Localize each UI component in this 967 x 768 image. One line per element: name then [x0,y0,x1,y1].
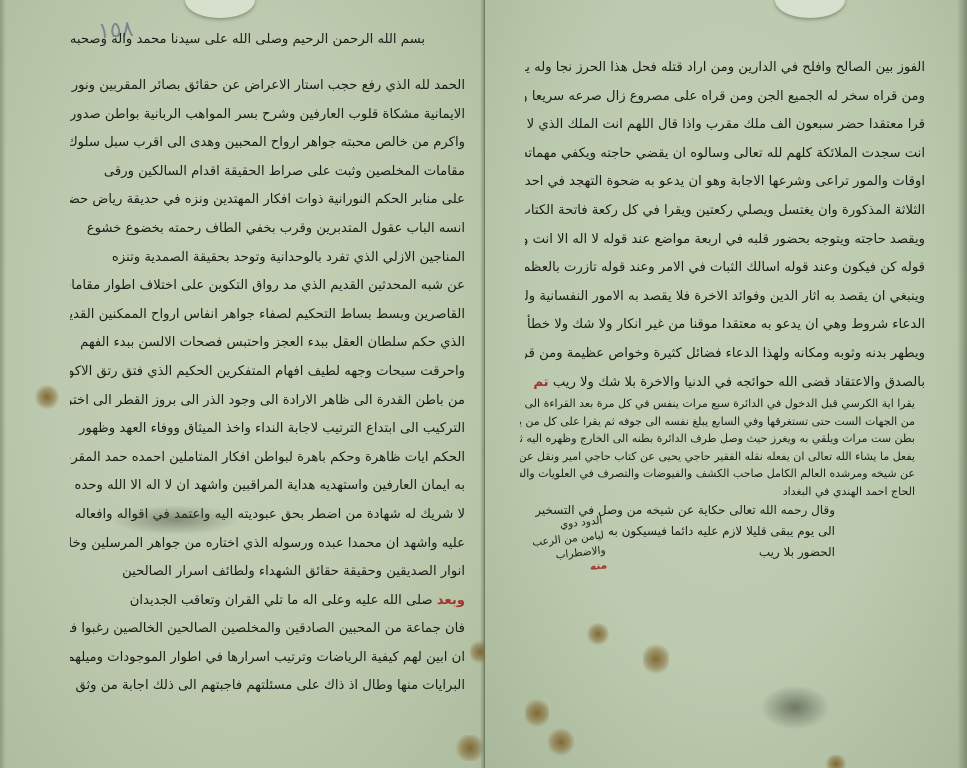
text-line: يفعل ما يشاء الله تعالى ان يفعله نقله ال… [520,448,915,466]
text-line: به ايمان العارفين واستهديه هداية المراقب… [70,472,465,501]
text-line: من الجهات الست حتى تستغرقها وفي السابع ي… [520,413,915,431]
foxing-stain [525,698,549,728]
text-line: الثلاثة المذكورة وان يغتسل ويصلي ركعتين … [525,197,925,226]
text-line: انت سجدت الملائكة كلهم لله تعالى وسالوه … [525,140,925,169]
right-page-main-text: الفوز بين الصالح وافلح في الدارين ومن ار… [525,28,925,397]
right-page-lower-text: يقرا اية الكرسي قبل الدخول في الدائرة سب… [520,395,915,500]
rubric-end-mark: تم [533,375,548,390]
top-paper-tab [775,0,845,18]
text-line: الايمانية مشكاة قلوب العارفين وشرح بسر ا… [70,101,465,130]
text-line: بطن ست مرات ويلقي به ويغرز حيث وصل طرف ا… [520,430,915,448]
basmala-line: بسم الله الرحمن الرحيم وصلى الله على سيد… [70,30,465,50]
text-line: اوقات والمور تراعى وشرعها الاجابة وهو ان… [525,168,925,197]
text-line: الحمد لله الذي رفع حجب استار الاعراض عن … [70,72,465,101]
text-line: الحاج احمد الهندي في البغداد [520,483,915,501]
foxing-stain [643,643,669,675]
text-line: التركيب الى ابتداع الترتيب لاجابة النداء… [70,415,465,444]
left-page-edge [0,0,6,768]
text-line: قرا معتقدا حضر سبعون الف ملك مقرب واذا ق… [525,111,925,140]
rubric-wabad: وبعد [437,593,465,608]
text-line: فان جماعة من المحبين الصادقين والمخلصين … [70,615,465,644]
foxing-stain [825,755,847,768]
text-line: قوله كن فيكون وعند قوله اسالك الثبات في … [525,254,925,283]
text-line: عن شبه المحدثين القديم الذي مد رواق التك… [70,272,465,301]
text-line: مقامات المخلصين وثبت على صراط الحقيقة اق… [70,158,465,187]
text-line: الذي حكم سلطان العقل ببدء العجز واحتبس ف… [70,329,465,358]
manuscript-spread: ١٥٨ بسم الله الرحمن الرحيم وصلى الله على… [0,0,967,768]
text-line: عن شيخه ومرشده العالم الكامل صاحب الكشف … [520,465,915,483]
text-line: المناجين الازلي الذي تفرد بالوحدانية وتو… [70,244,465,273]
text-line: واكرم من خالص محبته جواهر ارواح المحبين … [70,129,465,158]
text-line: ان ابين لهم كيفية الرياضات وترتيب اسراره… [70,644,465,673]
ink-blot [760,685,830,730]
ink-smudge [110,505,240,535]
text-line: الدعاء شروط وهي ان يدعو به معتقدا موقنا … [525,311,925,340]
text-fragment: بالصدق والاعتقاد قضى الله حوائجه في الدن… [553,375,925,390]
text-line: واحرقت سبحات وجهه لطيف افهام المتفكرين ا… [70,358,465,387]
text-line: ويقصد حاجته ويتوجه بحضور قلبه في اربعة م… [525,226,925,255]
text-line: ومن قراه سخر له الجميع الجن ومن قراه على… [525,83,925,112]
text-line: ويطهر بدنه وثوبه ومكانه ولهذا الدعاء فضا… [525,340,925,369]
text-fragment: صلى الله عليه وعلى اله ما تلي القران وتع… [130,593,433,608]
text-line: عليه واشهد ان محمدا عبده ورسوله الذي اخت… [70,530,465,559]
text-line-with-rubric: وبعد صلى الله عليه وعلى اله ما تلي القرا… [70,587,465,616]
left-page: ١٥٨ بسم الله الرحمن الرحيم وصلى الله على… [0,0,485,768]
foxing-stain [35,385,59,409]
text-line: الحكم ايات ظاهرة وحكم باهرة لبواطن افكار… [70,444,465,473]
foxing-stain [548,728,574,756]
text-line: انوار الصديقين وحقيقة حقائق الشهداء ولطا… [70,558,465,587]
text-line: من باطن القدرة الى ظاهر الارادة الى وجود… [70,387,465,416]
text-line: القاصرين وبسط بساط التحكيم لصفاء جواهر ا… [70,301,465,330]
text-line: على منابر الحكم النورانية ذوات افكار الم… [70,186,465,215]
text-line: الفوز بين الصالح وافلح في الدارين ومن ار… [525,54,925,83]
marginal-gloss: الدود دوي ليامن من الرعب والاضطراب منه [512,513,608,582]
text-line-with-end-mark: بالصدق والاعتقاد قضى الله حوائجه في الدن… [525,369,925,398]
text-line: البرايات منها وطال اذ ذاك على مسئلتهم فا… [70,672,465,701]
top-paper-tab [185,0,255,18]
text-line: وينبغي ان يقصد به اثار الدين وفوائد الاخ… [525,283,925,312]
right-page-edge [957,0,967,768]
text-line: انسه الباب عقول المتدبرين وقرب بخفي الطا… [70,215,465,244]
foxing-stain [587,623,609,645]
text-line: يقرا اية الكرسي قبل الدخول في الدائرة سب… [520,395,915,413]
left-page-text: بسم الله الرحمن الرحيم وصلى الله على سيد… [70,30,465,701]
